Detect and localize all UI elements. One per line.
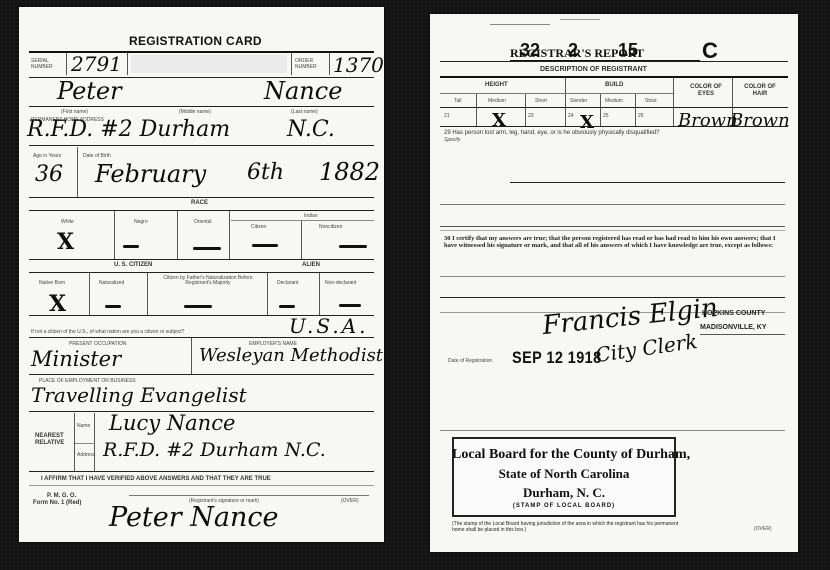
relative-address-label: Address: [77, 452, 95, 458]
race-value-white: X: [57, 229, 74, 255]
order-number-label: ORDER NUMBER: [295, 58, 327, 70]
col-slender: Slender: [570, 98, 587, 104]
employer: Wesleyan Methodist: [199, 345, 383, 366]
num-26: 26: [638, 113, 644, 119]
race-col-negro: Negro: [134, 219, 148, 225]
last-name-label: (Last name): [291, 109, 318, 115]
occupation: Minister: [31, 347, 121, 371]
relative-name-label: Name: [77, 423, 90, 429]
col-medium-height: Medium: [488, 98, 506, 104]
height-header: HEIGHT: [485, 82, 508, 88]
hair-header: COLOR OF HAIR: [740, 84, 780, 98]
form-id-line1: P. M. G. O.: [47, 493, 76, 499]
race-col-white: White: [61, 219, 74, 225]
serial-number-label: SERIAL NUMBER: [31, 58, 63, 70]
nation-value: U.S.A.: [289, 314, 369, 338]
employment-place: Travelling Evangelist: [31, 383, 247, 407]
registration-card-back: REGISTRAR'S REPORT 32 2 15 C DESCRIPTION…: [430, 14, 798, 552]
overprint-15: 15: [618, 40, 638, 61]
home-address: R.F.D. #2 Durham: [27, 117, 230, 142]
eye-color: Brown: [678, 110, 738, 131]
stamp-note: (The stamp of the Local Board having jur…: [452, 521, 682, 533]
description-header: DESCRIPTION OF REGISTRANT: [540, 66, 647, 73]
citizen-col-non-declarant: Non-declarant: [325, 280, 356, 286]
eyes-header: COLOR OF EYES: [686, 84, 726, 98]
num-21: 21: [444, 113, 450, 119]
card-title: REGISTRATION CARD: [129, 34, 262, 48]
disability-question: 29 Has person lost arm, leg, hand, eye, …: [444, 130, 659, 136]
relative-address: R.F.D. #2 Durham N.C.: [103, 439, 326, 461]
value-medium-height: X: [492, 110, 506, 131]
blank-field: [131, 55, 287, 73]
middle-name-label: (Middle name): [179, 109, 211, 115]
citizen-col-naturalized: Naturalized: [99, 280, 124, 286]
birth-day: 6th: [247, 160, 284, 185]
stamp-line1: Local Board for the County of Durham,: [452, 447, 674, 463]
serial-number: 2791: [71, 52, 122, 76]
disability-specify: Specify: [444, 137, 460, 143]
front-form-code: (OVER): [341, 498, 359, 504]
race-col-citizen: Citizen: [251, 224, 266, 230]
col-medium-build: Medium: [605, 98, 623, 104]
build-header: BUILD: [605, 82, 623, 88]
stamp-line4: (STAMP OF LOCAL BOARD): [454, 503, 674, 509]
back-form-code: (OVER): [754, 526, 772, 532]
affirm-text: I AFFIRM THAT I HAVE VERIFIED ABOVE ANSW…: [41, 476, 271, 482]
relative-name: Lucy Nance: [109, 411, 235, 435]
num-25: 25: [603, 113, 609, 119]
county-stamp-line1: HOPKINS COUNTY: [702, 310, 765, 317]
nearest-relative-label: NEAREST RELATIVE: [35, 433, 71, 447]
citizen-col-native: Native Born: [39, 280, 65, 286]
num-24: 24: [568, 113, 574, 119]
nation-label: If not a citizen of the U.S., of what na…: [31, 329, 184, 335]
form-id-line2: Form No. 1 (Red): [33, 500, 81, 506]
registrar-title: City Clerk: [594, 329, 699, 367]
first-name: Peter: [57, 77, 122, 105]
county-stamp-line2: MADISONVILLE, KY: [700, 324, 767, 331]
race-indian-label: Indian: [304, 213, 318, 219]
age-label: Age in Years: [33, 153, 61, 159]
date-label: Date of Registration: [448, 358, 492, 364]
registrant-signature: Peter Nance: [109, 502, 278, 533]
certify-text: 30 I certify that my answers are true; t…: [444, 235, 784, 249]
registration-card-front: REGISTRATION CARD SERIAL NUMBER 2791 ORD…: [19, 7, 384, 542]
registrars-report-title: REGISTRAR'S REPORT 32 2 15: [510, 46, 644, 61]
col-tall: Tall: [454, 98, 462, 104]
race-header: RACE: [191, 200, 208, 206]
race-col-oriental: Oriental: [194, 219, 212, 225]
race-col-noncitizen: Noncitizen: [319, 224, 342, 230]
local-board-stamp: Local Board for the County of Durham, St…: [452, 437, 676, 517]
stamp-line2: State of North Carolina: [454, 466, 674, 482]
birth-month: February: [95, 160, 206, 188]
last-name: Nance: [264, 77, 342, 105]
citizen-col-declarant: Declarant: [277, 280, 298, 286]
col-stout: Stout: [645, 98, 657, 104]
registration-date: SEP 12 1918: [512, 348, 602, 368]
home-state: N.C.: [287, 117, 335, 142]
alien-header: ALIEN: [302, 262, 320, 268]
num-23: 23: [528, 113, 534, 119]
stamp-line3: Durham, N. C.: [454, 485, 674, 501]
age: 36: [35, 162, 63, 187]
birth-year: 1882: [319, 158, 380, 186]
citizen-header: U. S. CITIZEN: [114, 262, 152, 268]
hair-color: Brown: [730, 110, 790, 131]
col-short: Short: [535, 98, 547, 104]
first-name-label: (First name): [61, 109, 88, 115]
citizen-value-native: X: [49, 291, 66, 317]
overprint-32: 32: [520, 40, 540, 61]
overprint-2: 2: [568, 40, 578, 61]
dob-label: Date of Birth: [83, 153, 111, 159]
citizen-col-by-father: Citizen by Father's Naturalization Befor…: [153, 276, 263, 286]
order-number: 1370: [333, 53, 384, 77]
